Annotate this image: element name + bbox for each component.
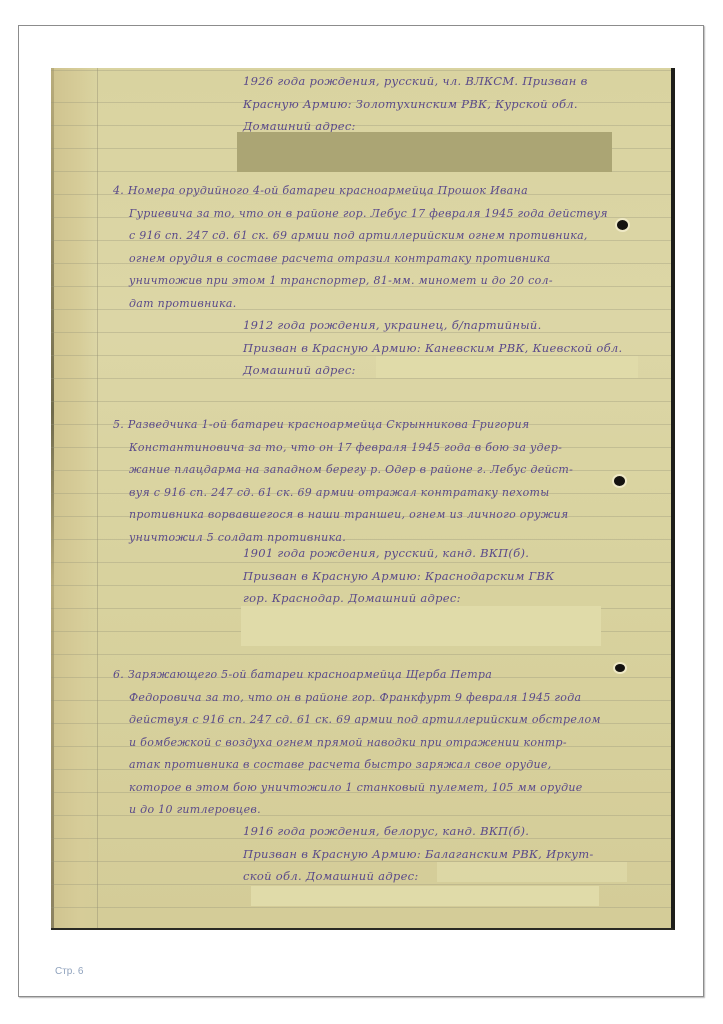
award-entry-6: 6. Заряжающего 5-ой батареи красноармейц… xyxy=(113,664,601,822)
handwritten-line: вуя с 916 сп. 247 сд. 61 ск. 69 армии от… xyxy=(113,482,573,505)
handwritten-line: Призван в Красную Армию: Краснодарским Г… xyxy=(243,565,554,588)
handwritten-line: противника ворвавшегося в наши траншеи, … xyxy=(113,504,573,527)
punch-hole xyxy=(614,476,625,486)
handwritten-line: и бомбежкой с воздуха огнем прямой навод… xyxy=(113,732,601,755)
handwritten-line: с 916 сп. 247 сд. 61 ск. 69 армии под ар… xyxy=(113,225,608,248)
award-entry-5: 5. Разведчика 1-ой батареи красноармейца… xyxy=(113,414,573,549)
handwritten-line: 1912 года рождения, украинец, б/партийны… xyxy=(243,314,623,337)
handwritten-line: действуя с 916 сп. 247 сд. 61 ск. 69 арм… xyxy=(113,709,601,732)
handwritten-line: Гуриевича за то, что он в районе гор. Ле… xyxy=(113,203,608,226)
handwritten-line: жание плацдарма на западном берегу р. Од… xyxy=(113,459,573,482)
punch-hole xyxy=(615,664,625,672)
handwritten-line: дат противника. xyxy=(113,293,608,316)
scanned-document-image: 1926 года рождения, русский, чл. ВЛКСМ. … xyxy=(51,68,675,930)
handwritten-line: 4. Номера орудийного 4-ой батареи красно… xyxy=(113,180,608,203)
redacted-address-4a xyxy=(437,862,627,882)
handwritten-line: 6. Заряжающего 5-ой батареи красноармейц… xyxy=(113,664,601,687)
award-entry-4: 4. Номера орудийного 4-ой батареи красно… xyxy=(113,180,608,315)
bio-block-3: 1901 года рождения, русский, канд. ВКП(б… xyxy=(243,542,554,610)
handwritten-line: Красную Армию: Золотухинским РВК, Курско… xyxy=(243,93,588,116)
handwritten-line: атак противника в составе расчета быстро… xyxy=(113,754,601,777)
redacted-address-1 xyxy=(237,132,612,172)
handwritten-line: 1916 года рождения, белорус, канд. ВКП(б… xyxy=(243,820,594,843)
margin-line xyxy=(97,68,98,928)
redacted-address-3 xyxy=(241,606,601,646)
handwritten-line: которое в этом бою уничтожило 1 станковы… xyxy=(113,777,601,800)
handwritten-line: 1901 года рождения, русский, канд. ВКП(б… xyxy=(243,542,554,565)
handwritten-line: огнем орудия в составе расчета отразил к… xyxy=(113,248,608,271)
redacted-address-2 xyxy=(376,356,638,378)
handwritten-line: Константиновича за то, что он 17 февраля… xyxy=(113,437,573,460)
handwritten-line: уничтожив при этом 1 транспортер, 81-мм.… xyxy=(113,270,608,293)
bio-block-1: 1926 года рождения, русский, чл. ВЛКСМ. … xyxy=(243,70,588,138)
handwritten-line: 5. Разведчика 1-ой батареи красноармейца… xyxy=(113,414,573,437)
handwritten-line: и до 10 гитлеровцев. xyxy=(113,799,601,822)
redacted-address-4b xyxy=(251,886,599,906)
punch-hole xyxy=(617,220,628,230)
handwritten-line: Федоровича за то, что он в районе гор. Ф… xyxy=(113,687,601,710)
handwritten-line: 1926 года рождения, русский, чл. ВЛКСМ. … xyxy=(243,70,588,93)
page-number-label: Стр. 6 xyxy=(55,966,83,977)
